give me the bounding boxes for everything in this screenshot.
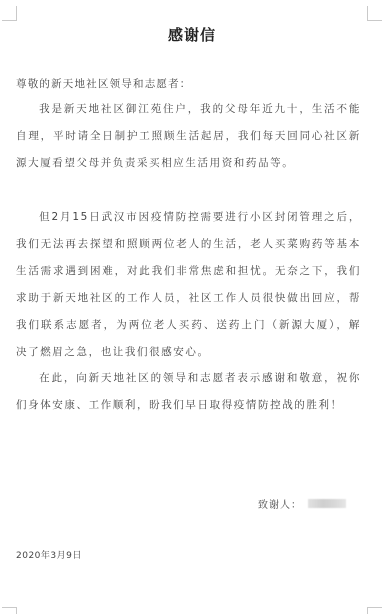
letter-title: 感谢信 bbox=[0, 24, 384, 45]
letter-salutation: 尊敬的新天地社区领导和志愿者： bbox=[16, 76, 192, 91]
page-corner-mark-top-left bbox=[2, 6, 17, 21]
signature-label: 致谢人： bbox=[258, 496, 302, 511]
page-corner-mark-bottom-right bbox=[367, 607, 382, 614]
signature-block: 致谢人： bbox=[258, 496, 346, 511]
letter-paragraph-1: 我是新天地社区御江苑住户，我的父母年近九十，生活不能自理，平时请全日制护工照顾生… bbox=[16, 96, 361, 177]
letter-page: 感谢信 尊敬的新天地社区领导和志愿者： 我是新天地社区御江苑住户，我的父母年近九… bbox=[0, 0, 384, 614]
page-corner-mark-top-right bbox=[367, 6, 382, 21]
letter-paragraph-2: 但2月15日武汉市因疫情防控需要进行小区封闭管理之后，我们无法再去探望和照顾两位… bbox=[16, 204, 361, 366]
letter-paragraph-3: 在此，向新天地社区的领导和志愿者表示感谢和敬意，祝你们身体安康、工作顺利，盼我们… bbox=[16, 365, 361, 419]
redacted-signature-name bbox=[308, 499, 346, 508]
page-corner-mark-bottom-left bbox=[2, 607, 17, 614]
letter-date: 2020年3月9日 bbox=[16, 548, 82, 561]
